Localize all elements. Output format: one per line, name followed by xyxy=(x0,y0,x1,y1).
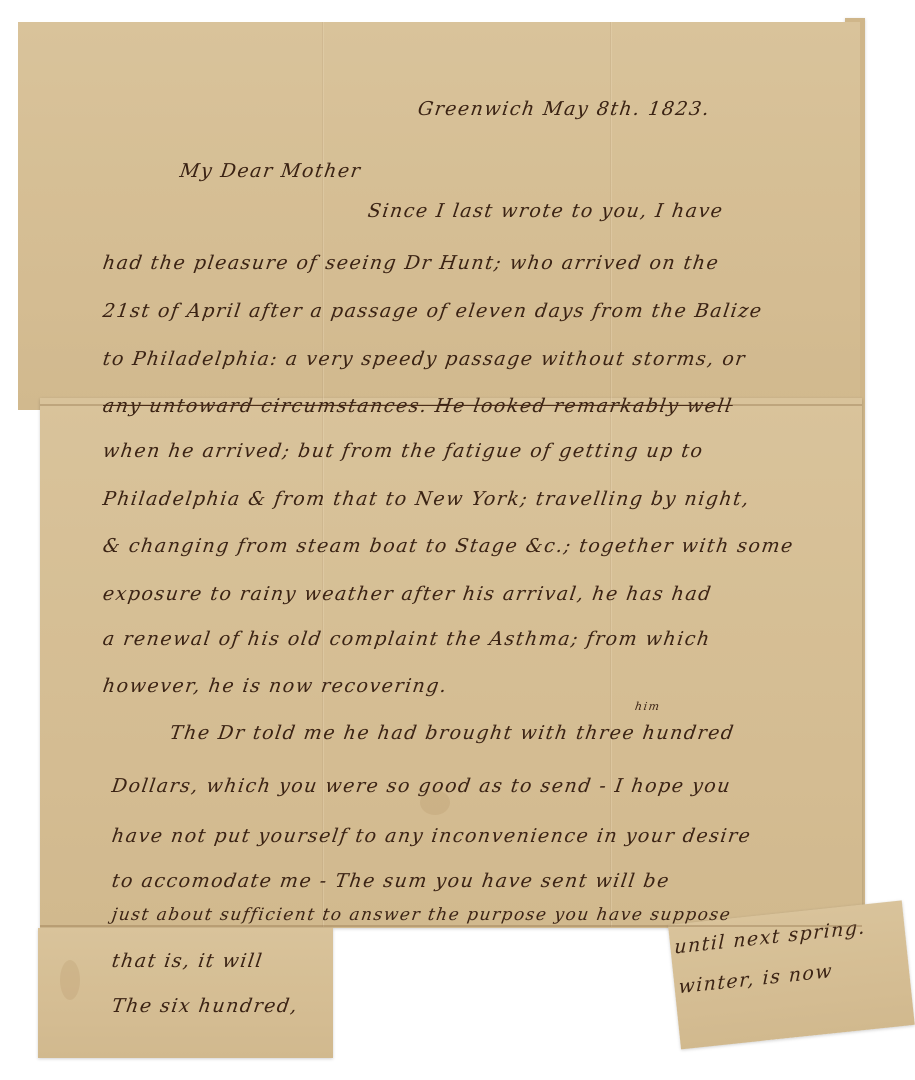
letter-line: The Dr told me he had brought with three… xyxy=(168,722,736,744)
letter-line: had the pleasure of seeing Dr Hunt; who … xyxy=(101,252,720,274)
letter-line: The six hundred, xyxy=(110,995,299,1017)
letter-line: exposure to rainy weather after his arri… xyxy=(101,583,713,605)
paper-stain xyxy=(60,960,80,1000)
letter-fragment-left xyxy=(38,928,333,1058)
letter-line: to Philadelphia: a very speedy passage w… xyxy=(101,348,747,370)
letter-middle-panel xyxy=(40,398,862,928)
dateline: Greenwich May 8th. 1823. xyxy=(416,98,711,120)
letter-line: just about sufficient to answer the purp… xyxy=(111,905,733,925)
letter-line: Since I last wrote to you, I have xyxy=(366,200,725,222)
letter-line: when he arrived; but from the fatigue of… xyxy=(101,440,705,462)
letter-line: have not put yourself to any inconvenien… xyxy=(110,825,752,847)
letter-line: Philadelphia & from that to New York; tr… xyxy=(101,488,751,510)
letter-line: however, he is now recovering. xyxy=(101,675,449,697)
letter-line: & changing from steam boat to Stage &c.;… xyxy=(101,535,795,557)
letter-line: to accomodate me - The sum you have sent… xyxy=(110,870,671,892)
letter-line: Dollars, which you were so good as to se… xyxy=(110,775,732,797)
fragment-line: winter, is now xyxy=(678,960,833,998)
horizontal-fold-tear xyxy=(40,925,862,927)
letter-line: any untoward circumstances. He looked re… xyxy=(101,395,734,417)
interlinear-insert: him xyxy=(634,700,661,713)
letter-line: that is, it will xyxy=(110,950,264,972)
salutation: My Dear Mother xyxy=(178,160,362,182)
letter-line: a renewal of his old complaint the Asthm… xyxy=(101,628,712,650)
letter-line: 21st of April after a passage of eleven … xyxy=(101,300,764,322)
